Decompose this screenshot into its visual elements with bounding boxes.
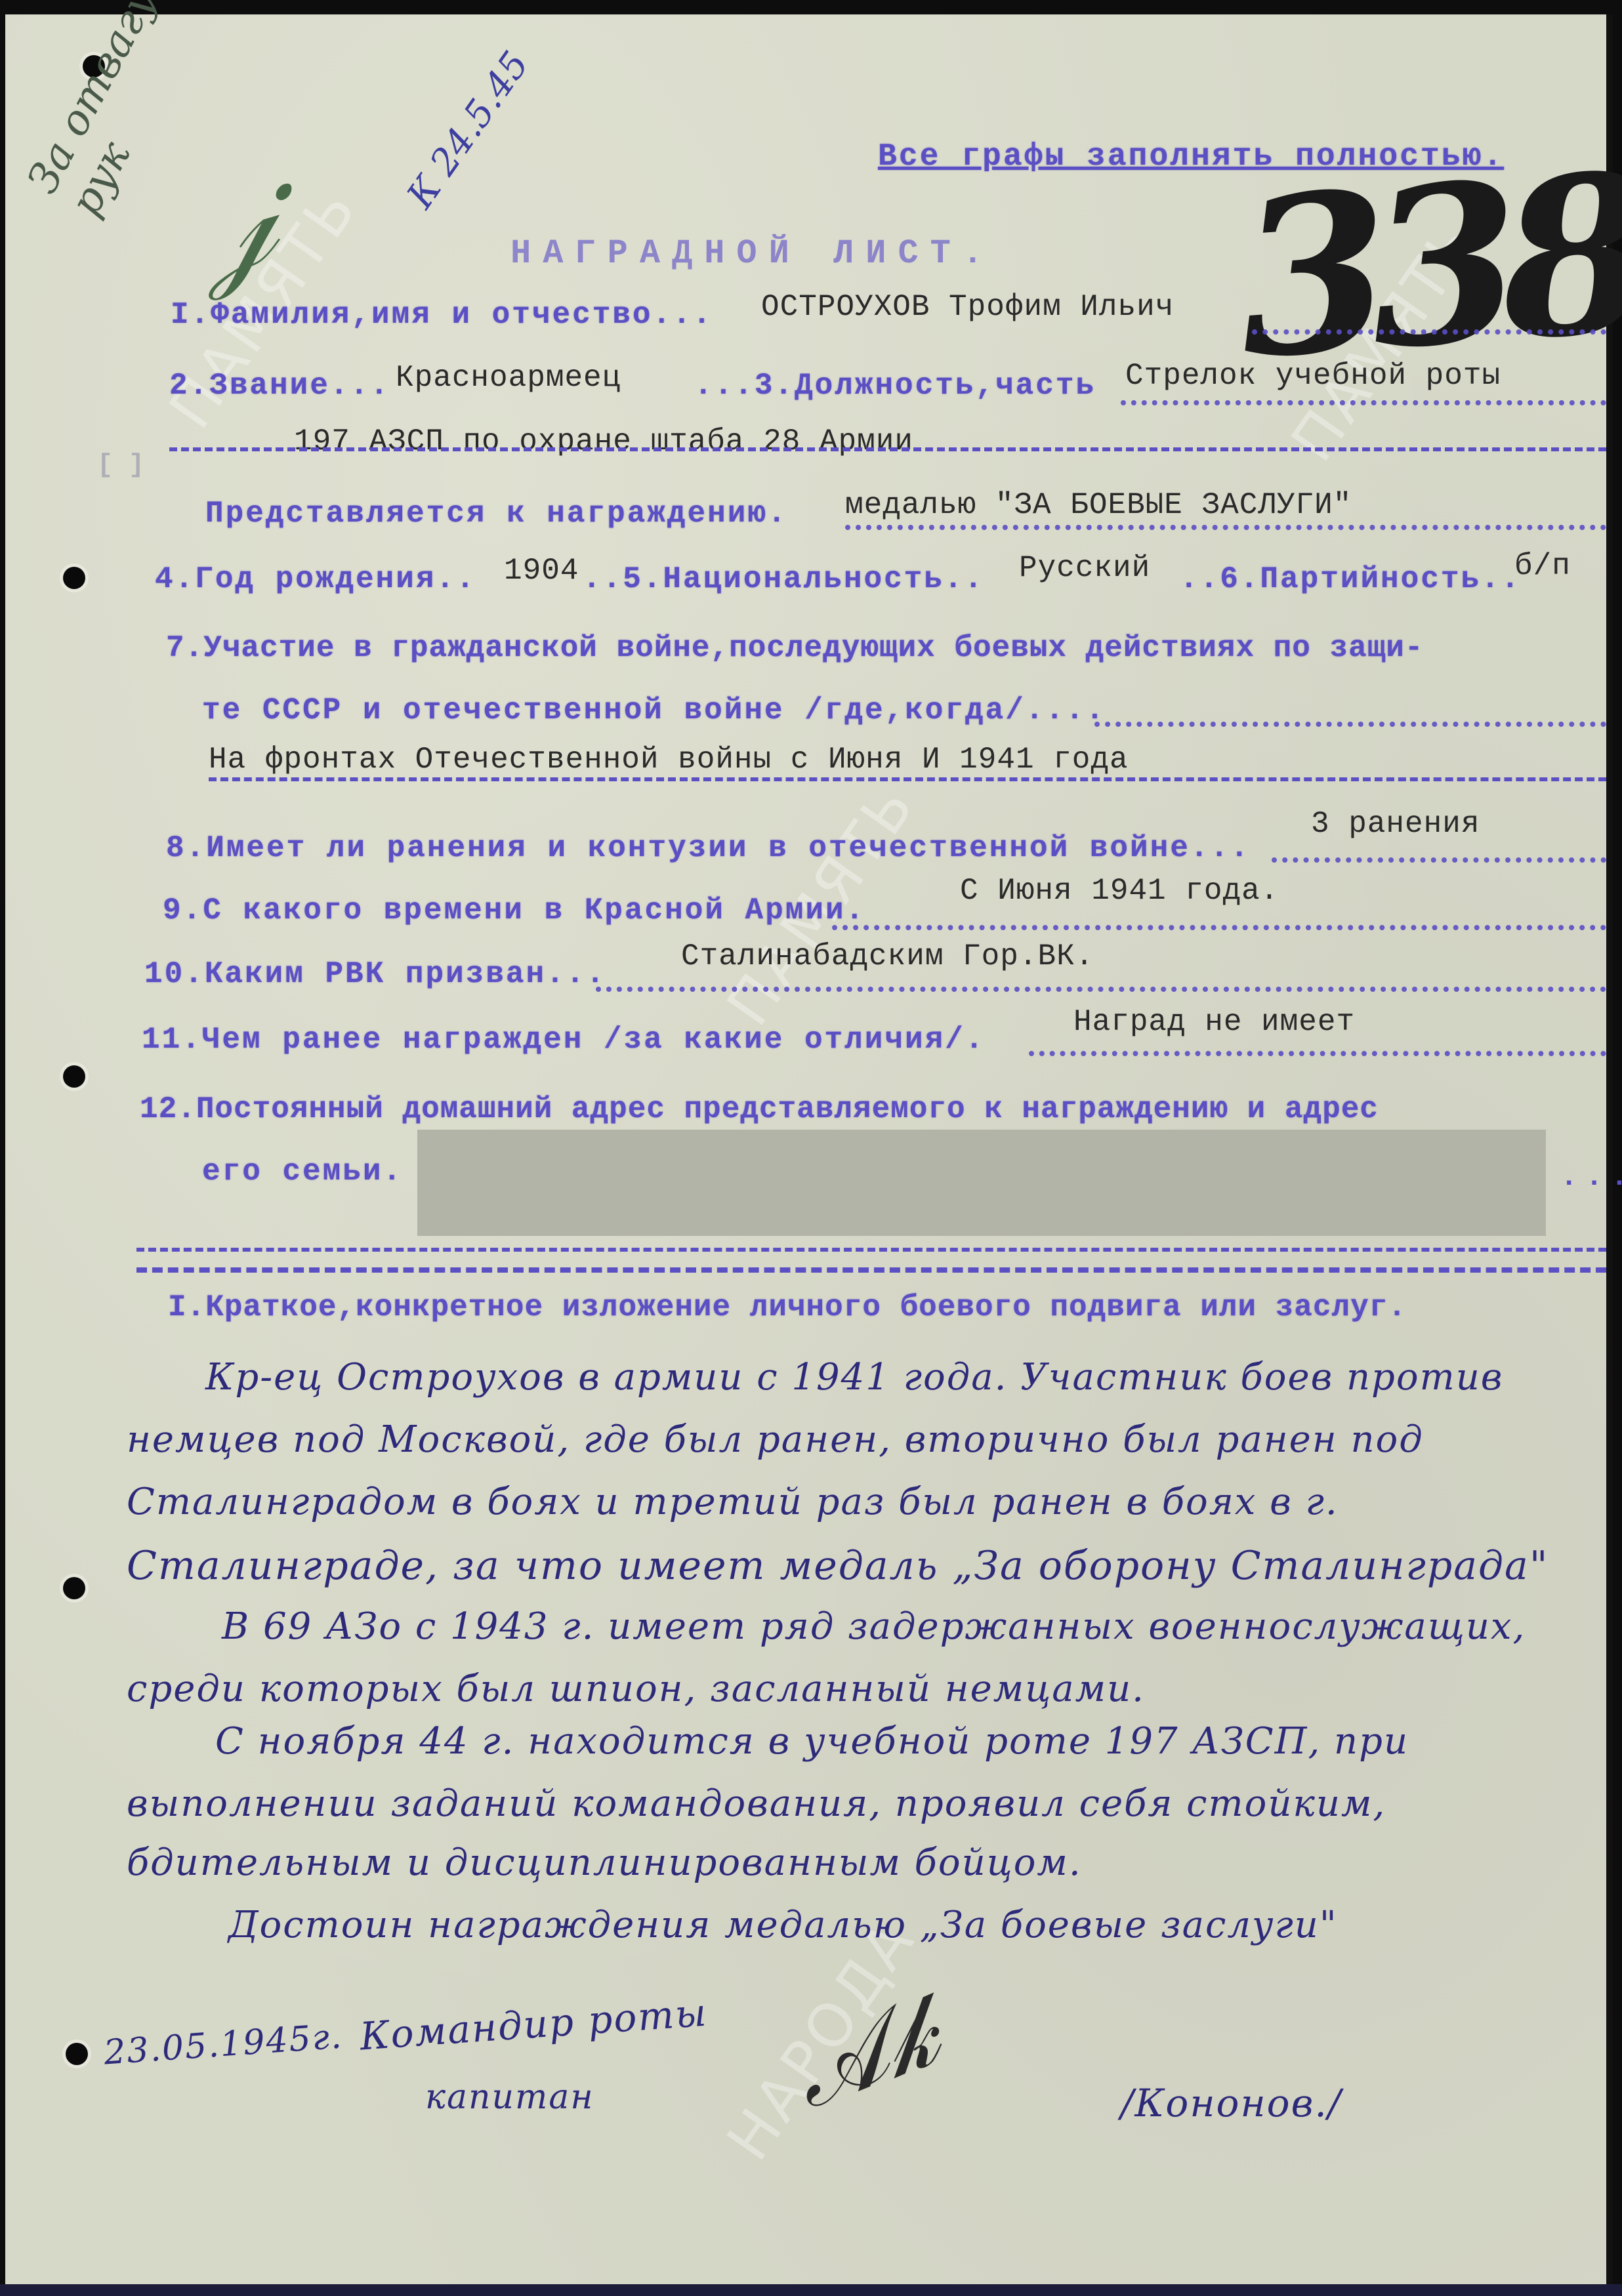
field-8-value: 3 ранения: [1311, 807, 1480, 841]
field-6-value: б/п: [1514, 549, 1571, 583]
field-11-value: Наград не имеет: [1073, 1005, 1355, 1039]
field-2-value: Красноармеец: [396, 361, 621, 395]
field-7-label-line1: 7.Участие в гражданской войне,последующи…: [166, 631, 1424, 665]
commander-signature: 𝒜𝓀: [777, 1974, 953, 2133]
field-3-value: Стрелок учебной роты: [1125, 359, 1501, 393]
field-6-label: ..6.Партийность..: [1180, 562, 1521, 596]
margin-note-pencil: За отвагу рук: [18, 0, 215, 224]
field-4-label: 4.Год рождения..: [155, 562, 476, 596]
field-7-value: На фронтах Отечественной войны с Июня И …: [209, 743, 1129, 777]
dotted-line: [1094, 722, 1606, 727]
narrative-line: выполнении заданий командования, проявил…: [127, 1782, 1386, 1825]
narrative-line: С ноября 44 г. находится в учебной роте …: [215, 1720, 1409, 1763]
dotted-line: [1272, 857, 1606, 863]
dashed-line: [169, 447, 1606, 451]
nominated-label: Представляется к награждению.: [205, 497, 788, 531]
field-4-value: 1904: [504, 554, 579, 588]
field-8-label: 8.Имеет ли ранения и контузии в отечеств…: [166, 831, 1251, 865]
document-title: НАГРАДНОЙ ЛИСТ.: [510, 234, 995, 273]
margin-signature-pencil: 𝒿: [189, 140, 287, 304]
separator-line: [136, 1267, 1606, 1273]
punch-hole: [63, 1065, 85, 1088]
narrative-line: среди которых был шпион, засланный немца…: [127, 1668, 1145, 1710]
field-10-label: 10.Каким РВК призван...: [144, 957, 606, 991]
dotted-line: [832, 925, 1606, 930]
signature-name: /Кононов./: [1121, 2081, 1342, 2125]
margin-note-initials: К 24.5.45: [399, 44, 537, 216]
ghost-text: [ ]: [97, 451, 144, 480]
signature-role-line2: капитан: [425, 2078, 594, 2117]
narrative-line: Сталинградом в боях и третий раз был ран…: [127, 1481, 1339, 1523]
punch-hole: [63, 1577, 85, 1599]
field-3-value-line2: 197 АЗСП по охране штаба 28 Армии: [294, 424, 913, 459]
field-1-label: I.Фамилия,имя и отчество...: [171, 298, 713, 332]
dotted-line: [1252, 329, 1606, 335]
dotted-line: [845, 525, 1606, 530]
dotted-line: [1121, 400, 1606, 405]
signature-role-line1: Командир роты: [358, 1990, 709, 2059]
field-3-label: ...3.Должность,часть: [694, 369, 1096, 403]
field-1-value: ОСТРОУХОВ Трофим Ильич: [761, 290, 1174, 324]
narrative-line: бдительным и дисциплинированным бойцом.: [127, 1841, 1082, 1884]
scan-border: [0, 2284, 1622, 2296]
narrative-line: Кр-ец Остроухов в армии с 1941 года. Уча…: [205, 1356, 1503, 1399]
award-sheet-page: ПАМЯТЬ ПАМЯТЬ ПАМЯТЬ НАРОДА Все графы за…: [5, 14, 1613, 2284]
field-2-label: 2.Звание...: [169, 369, 390, 403]
signature-date: 23.05.1945г.: [102, 2017, 344, 2072]
narrative-line: В 69 АЗо с 1943 г. имеет ряд задержанных…: [222, 1605, 1526, 1648]
redacted-address-block: [417, 1130, 1546, 1236]
field-5-label: ..5.Национальность..: [583, 562, 984, 596]
dashed-line: [209, 777, 1606, 781]
punch-hole: [63, 567, 85, 589]
field-5-value: Русский: [1019, 551, 1150, 585]
punch-hole: [66, 2043, 88, 2065]
section-2-label: I.Краткое,конкретное изложение личного б…: [168, 1290, 1407, 1324]
field-12-label-line1: 12.Постоянный домашний адрес представляе…: [140, 1092, 1379, 1126]
narrative-line: Достоин награждения медалью „За боевые з…: [228, 1904, 1338, 1946]
field-12-label-line2: его семьи.: [202, 1155, 403, 1189]
dotted-line: [596, 987, 1606, 992]
narrative-line: Сталинграде, за что имеет медаль „За обо…: [127, 1543, 1549, 1589]
field-10-value: Сталинабадским Гор.ВК.: [681, 939, 1094, 974]
narrative-line: немцев под Москвой, где был ранен, втори…: [127, 1418, 1424, 1461]
field-11-label: 11.Чем ранее награжден /за какие отличия…: [142, 1023, 985, 1057]
field-9-label: 9.С какого времени в Красной Армии.: [163, 893, 865, 928]
dotted-line: [1029, 1051, 1606, 1056]
field-7-label-line2: те СССР и отечественной войне /где,когда…: [202, 693, 1106, 728]
nominated-value: медалью "ЗА БОЕВЫЕ ЗАСЛУГИ": [845, 488, 1352, 522]
field-9-value: С Июня 1941 года.: [960, 874, 1279, 908]
dotted-line-tail: ...: [1560, 1161, 1622, 1194]
separator-line: [136, 1248, 1606, 1252]
